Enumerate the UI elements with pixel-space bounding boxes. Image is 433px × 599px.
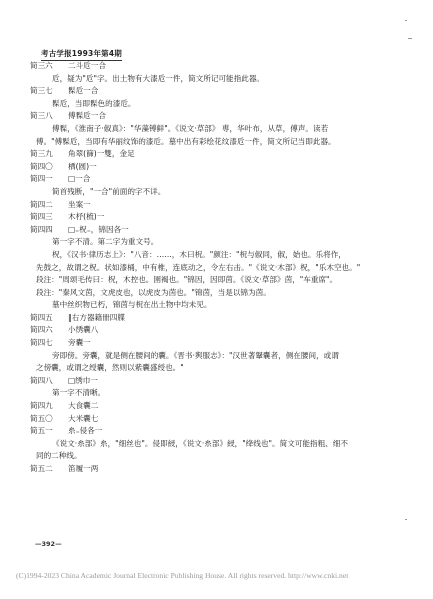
commentary-continuation: 同的二种线。 [30,450,415,463]
slip-number: 简四六 [30,324,68,337]
commentary-paragraph: 墓中丝织物已朽，锦茵与柷在出土物中均未见。 [30,299,415,312]
document-body: 简三六二斗卮一合卮，疑为"卮"字。出土物有大漆卮一件，简文所记可能指此器。简三七… [30,60,415,476]
slip-text: 大米囊七 [68,414,98,423]
commentary-paragraph: 柷，《汉书·律历志上》："八音：……，木曰柷。"颜注："柷与俶同，俶，始也。乐将… [30,249,415,262]
slip-text: 旁囊一 [68,338,91,347]
slip-text: 角翠(篩)一雙，金足 [68,149,135,158]
slip-entry: 简四九大食囊二 [30,400,415,413]
slip-text: □₌柷₌，锦因各一 [68,225,129,234]
slip-number: 简四九 [30,400,68,413]
slip-number: 简四五 [30,312,68,325]
commentary-continuation: 傅。"傅髹卮，当即有华丽纹饰的漆卮。墓中出有彩绘花纹漆卮一件，简文所记当即此器。 [30,136,415,149]
slip-text: 木杼(梳)一 [68,212,104,221]
commentary-continuation: 段注："秦风文茵，文虎皮也，以虎皮为茵也。"锦茵，当是以锦为茵。 [30,287,415,300]
slip-text: □绣巾一 [68,376,98,385]
commentary-continuation: 之傍囊，或谓之绶囊，然则以紫囊盛绶也。" [30,362,415,375]
slip-entry: 简五一糸₌侵各一 [30,425,415,438]
slip-text: 坐案一 [68,200,91,209]
slip-text: 二斗卮一合 [68,61,106,70]
commentary-paragraph: 旁即傍。旁囊，就是侧在腰间的囊。《晋书·舆服志》："汉世著鞶囊者，侧在腰间，或谓 [30,350,415,363]
page-number: —392— [35,540,62,548]
slip-number: 简四三 [30,211,68,224]
slip-number: 简五一 [30,425,68,438]
slip-entry: 简四〇栖(圆)一 [30,161,415,174]
commentary-paragraph: 第一字不清晰。 [30,387,415,400]
scan-speck [405,20,407,21]
slip-text: 髹卮一合 [68,86,98,95]
slip-entry: 简四三木杼(梳)一 [30,211,415,224]
scan-speck [405,519,407,520]
slip-entry: 简四四□₌柷₌，锦因各一 [30,224,415,237]
commentary-paragraph: 《说文·糸部》糸，"细丝也"。侵即綅，《说文·糸部》綅，"绛线也"。简文可能指粗… [30,438,415,451]
slip-text: 栖(圆)一 [68,162,97,171]
slip-text: 大食囊二 [68,401,98,410]
slip-entry: 简五二笛履一两 [30,463,415,476]
slip-number: 简四二 [30,199,68,212]
slip-number: 简四八 [30,375,68,388]
commentary-continuation: 段注："周颂毛传曰：柷，木控也。圉褐也。"锦因，因即茵。《说文·草部》茵，"车重… [30,274,415,287]
slip-entry: 简三七髹卮一合 [30,85,415,98]
slip-number: 简三八 [30,110,68,123]
commentary-paragraph: 傅髹，《淮南子·俶真》："华藻镈鲜"。《说文·草部》 尃，华叶布，从草，傅声。读… [30,123,415,136]
slip-entry: 简五〇大米囊七 [30,413,415,426]
slip-number: 简四〇 [30,161,68,174]
slip-text: 笛履一两 [68,464,98,473]
slip-number: 简三九 [30,148,68,161]
slip-entry: 简四一□一合 [30,173,415,186]
slip-number: 简五〇 [30,413,68,426]
slip-entry: 简四八□绣巾一 [30,375,415,388]
commentary-paragraph: 卮，疑为"卮"字。出土物有大漆卮一件，简文所记可能指此器。 [30,73,415,86]
commentary-paragraph: 简首残断，"一合"前面的字不详。 [30,186,415,199]
slip-entry: 简三六二斗卮一合 [30,60,415,73]
slip-number: 简三六 [30,60,68,73]
slip-text: 傅髹卮一合 [68,111,106,120]
commentary-continuation: 先鼓之，故谓之柷。状如漆桶，中有椎，连底动之，令左右击。"《说文·木部》柷，"乐… [30,262,415,275]
slip-entry: 简四六小绣囊八 [30,324,415,337]
copyright-footer: (C)1994-2023 China Academic Journal Elec… [16,571,348,580]
slip-number: 简四一 [30,173,68,186]
slip-entry: 简四二坐案一 [30,199,415,212]
slip-entry: 简四七旁囊一 [30,337,415,350]
slip-text: 小绣囊八 [68,325,98,334]
slip-number: 简四四 [30,224,68,237]
slip-entry: 简三八傅髹卮一合 [30,110,415,123]
commentary-paragraph: 第一字不清。第二字为重文号。 [30,236,415,249]
slip-number: 简五二 [30,463,68,476]
slip-number: 简四七 [30,337,68,350]
commentary-paragraph: 髹卮，当即髹色的漆卮。 [30,98,415,111]
slip-text: 糸₌侵各一 [68,426,102,435]
scan-speck [408,38,412,39]
slip-entry: 简四五‖右方器籍卌四牒 [30,312,415,325]
slip-number: 简三七 [30,85,68,98]
slip-text: ‖右方器籍卌四牒 [68,313,125,322]
slip-entry: 简三九角翠(篩)一雙，金足 [30,148,415,161]
slip-text: □一合 [68,174,90,183]
